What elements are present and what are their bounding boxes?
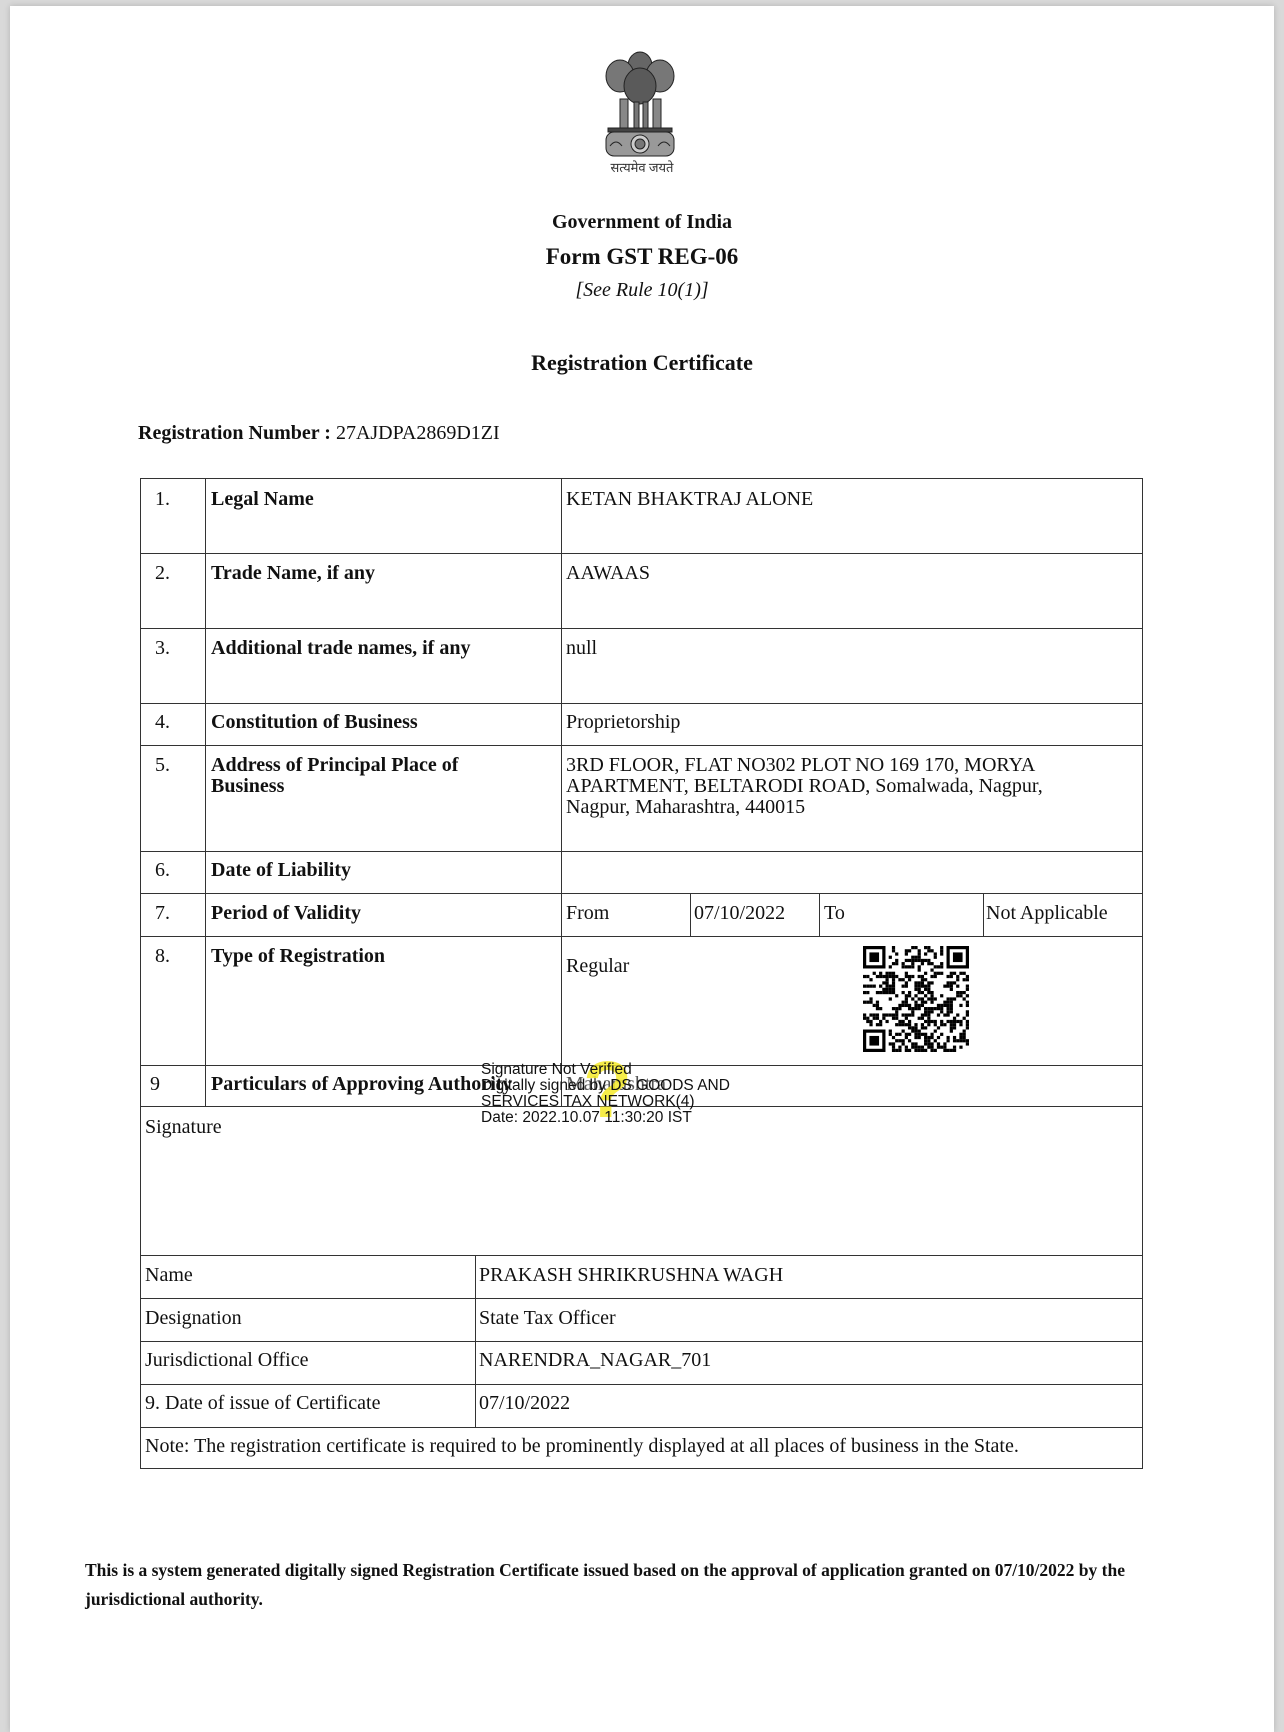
- row-2-label: Trade Name, if any: [211, 563, 375, 584]
- validity-from-value: 07/10/2022: [694, 903, 785, 924]
- constitution-value: Proprietorship: [566, 712, 680, 733]
- rule-reference: [See Rule 10(1)]: [0, 279, 1284, 302]
- registration-number: Registration Number : 27AJDPA2869D1ZI: [138, 422, 500, 445]
- emblem-motto: सत्यमेव जयते: [0, 158, 1284, 176]
- jurisdictional-office-label: Jurisdictional Office: [145, 1350, 308, 1371]
- row-8-label: Type of Registration: [211, 946, 385, 967]
- issue-date-value: 07/10/2022: [479, 1393, 570, 1414]
- row-9-number: 9: [150, 1074, 160, 1095]
- digital-signature-stamp[interactable]: Signature Not Verified Digitally signed …: [481, 1062, 771, 1126]
- validity-to-label: To: [824, 903, 845, 924]
- address-value: 3RD FLOOR, FLAT NO302 PLOT NO 169 170, M…: [566, 755, 1106, 818]
- designation-label: Designation: [145, 1308, 242, 1329]
- row-1-number: 1.: [155, 489, 170, 510]
- row-3-number: 3.: [155, 638, 170, 659]
- registration-type-value: Regular: [566, 956, 629, 977]
- row-6-label: Date of Liability: [211, 860, 351, 881]
- government-heading: Government of India: [0, 211, 1284, 234]
- qr-code-icon: [862, 946, 970, 1052]
- row-5-label: Address of Principal Place of Business: [211, 755, 511, 797]
- row-8-number: 8.: [155, 946, 170, 967]
- signature-status: Signature Not Verified: [481, 1062, 771, 1078]
- signature-label: Signature: [145, 1117, 222, 1138]
- row-1-label: Legal Name: [211, 489, 314, 510]
- registration-number-value: 27AJDPA2869D1ZI: [336, 422, 500, 444]
- authority-name-value: PRAKASH SHRIKRUSHNA WAGH: [479, 1265, 783, 1286]
- row-4-label: Constitution of Business: [211, 712, 418, 733]
- form-title: Form GST REG-06: [0, 244, 1284, 270]
- row-4-number: 4.: [155, 712, 170, 733]
- designation-value: State Tax Officer: [479, 1308, 616, 1329]
- jurisdictional-office-value: NARENDRA_NAGAR_701: [479, 1350, 711, 1371]
- signature-date: Date: 2022.10.07 11:30:20 IST: [481, 1110, 771, 1126]
- system-generated-footer: This is a system generated digitally sig…: [85, 1556, 1215, 1614]
- certificate-title: Registration Certificate: [0, 350, 1284, 376]
- display-note: Note: The registration certificate is re…: [145, 1436, 1019, 1457]
- validity-to-value: Not Applicable: [986, 903, 1108, 924]
- row-7-number: 7.: [155, 903, 170, 924]
- additional-trade-names-value: null: [566, 638, 597, 659]
- national-emblem-icon: [596, 44, 684, 159]
- issue-date-label: 9. Date of issue of Certificate: [145, 1393, 380, 1414]
- signed-by-line-2: SERVICES TAX NETWORK(4): [481, 1094, 771, 1110]
- row-5-number: 5.: [155, 755, 170, 776]
- row-9-label: Particulars of Approving Authority: [211, 1074, 512, 1095]
- row-2-number: 2.: [155, 563, 170, 584]
- signed-by-line-1: Digitally signed by DS GOODS AND: [481, 1078, 771, 1094]
- validity-from-label: From: [566, 903, 609, 924]
- legal-name-value: KETAN BHAKTRAJ ALONE: [566, 489, 813, 510]
- row-3-label: Additional trade names, if any: [211, 638, 470, 659]
- row-6-number: 6.: [155, 860, 170, 881]
- authority-name-label: Name: [145, 1265, 193, 1286]
- certificate-table: [140, 478, 1143, 1469]
- trade-name-value: AAWAAS: [566, 563, 650, 584]
- registration-number-label: Registration Number :: [138, 422, 331, 444]
- row-7-label: Period of Validity: [211, 903, 361, 924]
